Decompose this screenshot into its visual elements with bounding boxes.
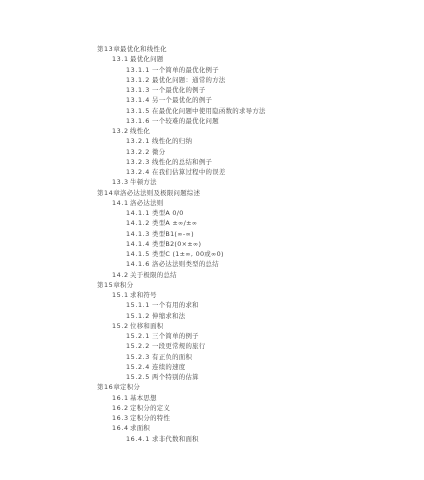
toc-entry-number: 14.1.6: [126, 259, 152, 269]
toc-subsection-entry: 15.2.3有正负的面积: [97, 352, 417, 362]
toc-chapter-entry: 第13章最优化和线性化: [97, 44, 417, 54]
toc-entry-title: 关于极限的总结: [130, 270, 177, 280]
toc-entry-number: 13.1.4: [126, 95, 152, 105]
toc-section-entry: 15.1求和符号: [97, 290, 417, 300]
toc-entry-title: 线性化的归纳: [152, 136, 192, 146]
toc-entry-title: 积分: [120, 280, 133, 290]
toc-entry-number: 15.2.2: [126, 341, 152, 351]
toc-entry-number: 14.1: [112, 198, 130, 208]
toc-entry-title: 线性化: [130, 126, 150, 136]
toc-section-entry: 15.2位移和面积: [97, 321, 417, 331]
table-of-contents: 第13章最优化和线性化13.1最优化问题13.1.1一个简单的最优化例子13.1…: [97, 44, 417, 444]
toc-entry-title: 求和符号: [130, 290, 157, 300]
toc-entry-title: 洛必达法则: [130, 198, 163, 208]
toc-entry-title: 类型A 0/0: [152, 208, 184, 218]
toc-entry-number: 第13章: [97, 44, 120, 54]
toc-entry-title: 位移和面积: [130, 321, 163, 331]
toc-entry-number: 14.1.5: [126, 249, 152, 259]
toc-subsection-entry: 14.1.3类型B1(∞-∞): [97, 229, 417, 239]
toc-section-entry: 16.3定积分的特性: [97, 413, 417, 423]
toc-entry-title: 一段更常规的旅行: [152, 341, 206, 351]
toc-entry-title: 类型B1(∞-∞): [152, 229, 194, 239]
toc-entry-number: 15.2.5: [126, 372, 152, 382]
toc-entry-title: 一个有用的求和: [152, 300, 199, 310]
toc-entry-number: 13.2.3: [126, 157, 152, 167]
toc-entry-title: 求面积: [130, 423, 150, 433]
toc-subsection-entry: 15.2.2一段更常规的旅行: [97, 341, 417, 351]
toc-entry-number: 13.3: [112, 177, 130, 187]
toc-entry-number: 13.1.5: [126, 106, 152, 116]
toc-entry-title: 类型C (1±∞, 00或∞0): [152, 249, 224, 259]
toc-entry-title: 定积分的定义: [130, 403, 170, 413]
toc-subsection-entry: 14.1.2类型A ±∞/±∞: [97, 218, 417, 228]
toc-entry-number: 16.2: [112, 403, 130, 413]
toc-entry-title: 求非代数和面积: [152, 434, 199, 444]
toc-chapter-entry: 第14章洛必达法则及极限问题综述: [97, 188, 417, 198]
toc-entry-number: 16.4: [112, 423, 130, 433]
toc-section-entry: 13.1最优化问题: [97, 54, 417, 64]
toc-entry-title: 线性化的总结和例子: [152, 157, 212, 167]
toc-entry-number: 13.2.4: [126, 167, 152, 177]
toc-entry-title: 最优化问题: [130, 54, 163, 64]
toc-section-entry: 16.2定积分的定义: [97, 403, 417, 413]
toc-entry-number: 13.1: [112, 54, 130, 64]
toc-subsection-entry: 14.1.4类型B2(0×±∞): [97, 239, 417, 249]
toc-subsection-entry: 13.2.4在我们估算过程中的误差: [97, 167, 417, 177]
toc-entry-title: 定积分的特性: [130, 413, 170, 423]
toc-subsection-entry: 13.1.6一个较难的最优化问题: [97, 116, 417, 126]
toc-chapter-entry: 第15章积分: [97, 280, 417, 290]
toc-section-entry: 16.1基本思想: [97, 393, 417, 403]
toc-entry-title: 最优化和线性化: [120, 44, 167, 54]
toc-entry-title: 洛必达法则及极限问题综述: [120, 188, 200, 198]
toc-entry-number: 第16章: [97, 382, 120, 392]
toc-subsection-entry: 13.1.2最优化问题：通常的方法: [97, 75, 417, 85]
toc-entry-number: 第15章: [97, 280, 120, 290]
toc-subsection-entry: 13.1.4另一个最优化的例子: [97, 95, 417, 105]
toc-entry-title: 定积分: [120, 382, 140, 392]
toc-entry-number: 15.1.1: [126, 300, 152, 310]
toc-subsection-entry: 15.1.2伸缩求和法: [97, 311, 417, 321]
toc-entry-number: 14.1.3: [126, 229, 152, 239]
toc-entry-title: 在我们估算过程中的误差: [152, 167, 226, 177]
toc-entry-number: 14.1.4: [126, 239, 152, 249]
toc-entry-number: 13.1.3: [126, 85, 152, 95]
toc-subsection-entry: 13.1.1一个简单的最优化例子: [97, 65, 417, 75]
toc-entry-number: 13.2.1: [126, 136, 152, 146]
toc-entry-title: 在最优化问题中使用隐函数的求导方法: [152, 106, 266, 116]
toc-entry-number: 15.2.3: [126, 352, 152, 362]
toc-entry-number: 13.1.1: [126, 65, 152, 75]
toc-entry-number: 14.1.2: [126, 218, 152, 228]
toc-subsection-entry: 14.1.1类型A 0/0: [97, 208, 417, 218]
toc-entry-title: 牛顿方法: [130, 177, 157, 187]
toc-entry-number: 13.1.2: [126, 75, 152, 85]
toc-entry-number: 13.2.2: [126, 147, 152, 157]
toc-entry-title: 三个简单的例子: [152, 331, 199, 341]
toc-entry-title: 洛必达法则类型的总结: [152, 259, 219, 269]
toc-section-entry: 13.2线性化: [97, 126, 417, 136]
toc-entry-number: 15.2.1: [126, 331, 152, 341]
toc-section-entry: 13.3牛顿方法: [97, 177, 417, 187]
toc-subsection-entry: 15.1.1一个有用的求和: [97, 300, 417, 310]
toc-entry-title: 类型A ±∞/±∞: [152, 218, 197, 228]
toc-entry-title: 类型B2(0×±∞): [152, 239, 201, 249]
toc-entry-number: 15.2.4: [126, 362, 152, 372]
toc-entry-title: 两个特别的估算: [152, 372, 199, 382]
toc-entry-title: 伸缩求和法: [152, 311, 185, 321]
toc-entry-title: 一个较难的最优化问题: [152, 116, 219, 126]
toc-entry-number: 16.3: [112, 413, 130, 423]
toc-entry-number: 第14章: [97, 188, 120, 198]
toc-entry-number: 16.1: [112, 393, 130, 403]
toc-subsection-entry: 14.1.6洛必达法则类型的总结: [97, 259, 417, 269]
toc-section-entry: 14.2关于极限的总结: [97, 270, 417, 280]
toc-section-entry: 14.1洛必达法则: [97, 198, 417, 208]
toc-subsection-entry: 13.2.1线性化的归纳: [97, 136, 417, 146]
toc-entry-number: 14.1.1: [126, 208, 152, 218]
toc-chapter-entry: 第16章定积分: [97, 382, 417, 392]
toc-subsection-entry: 13.1.5在最优化问题中使用隐函数的求导方法: [97, 106, 417, 116]
toc-entry-title: 有正负的面积: [152, 352, 192, 362]
toc-subsection-entry: 15.2.4连续的速度: [97, 362, 417, 372]
toc-subsection-entry: 14.1.5类型C (1±∞, 00或∞0): [97, 249, 417, 259]
toc-entry-title: 一个最优化的例子: [152, 85, 206, 95]
toc-entry-title: 另一个最优化的例子: [152, 95, 212, 105]
toc-entry-number: 13.2: [112, 126, 130, 136]
toc-entry-number: 14.2: [112, 270, 130, 280]
toc-subsection-entry: 15.2.1三个简单的例子: [97, 331, 417, 341]
toc-entry-number: 13.1.6: [126, 116, 152, 126]
toc-subsection-entry: 15.2.5两个特别的估算: [97, 372, 417, 382]
toc-subsection-entry: 16.4.1求非代数和面积: [97, 434, 417, 444]
toc-entry-title: 一个简单的最优化例子: [152, 65, 219, 75]
toc-section-entry: 16.4求面积: [97, 423, 417, 433]
toc-entry-title: 连续的速度: [152, 362, 185, 372]
toc-entry-title: 基本思想: [130, 393, 157, 403]
toc-entry-title: 最优化问题：通常的方法: [152, 75, 226, 85]
toc-subsection-entry: 13.2.3线性化的总结和例子: [97, 157, 417, 167]
toc-entry-number: 16.4.1: [126, 434, 152, 444]
toc-subsection-entry: 13.1.3一个最优化的例子: [97, 85, 417, 95]
toc-entry-number: 15.1.2: [126, 311, 152, 321]
toc-entry-number: 15.1: [112, 290, 130, 300]
toc-subsection-entry: 13.2.2微分: [97, 147, 417, 157]
toc-entry-title: 微分: [152, 147, 165, 157]
toc-entry-number: 15.2: [112, 321, 130, 331]
